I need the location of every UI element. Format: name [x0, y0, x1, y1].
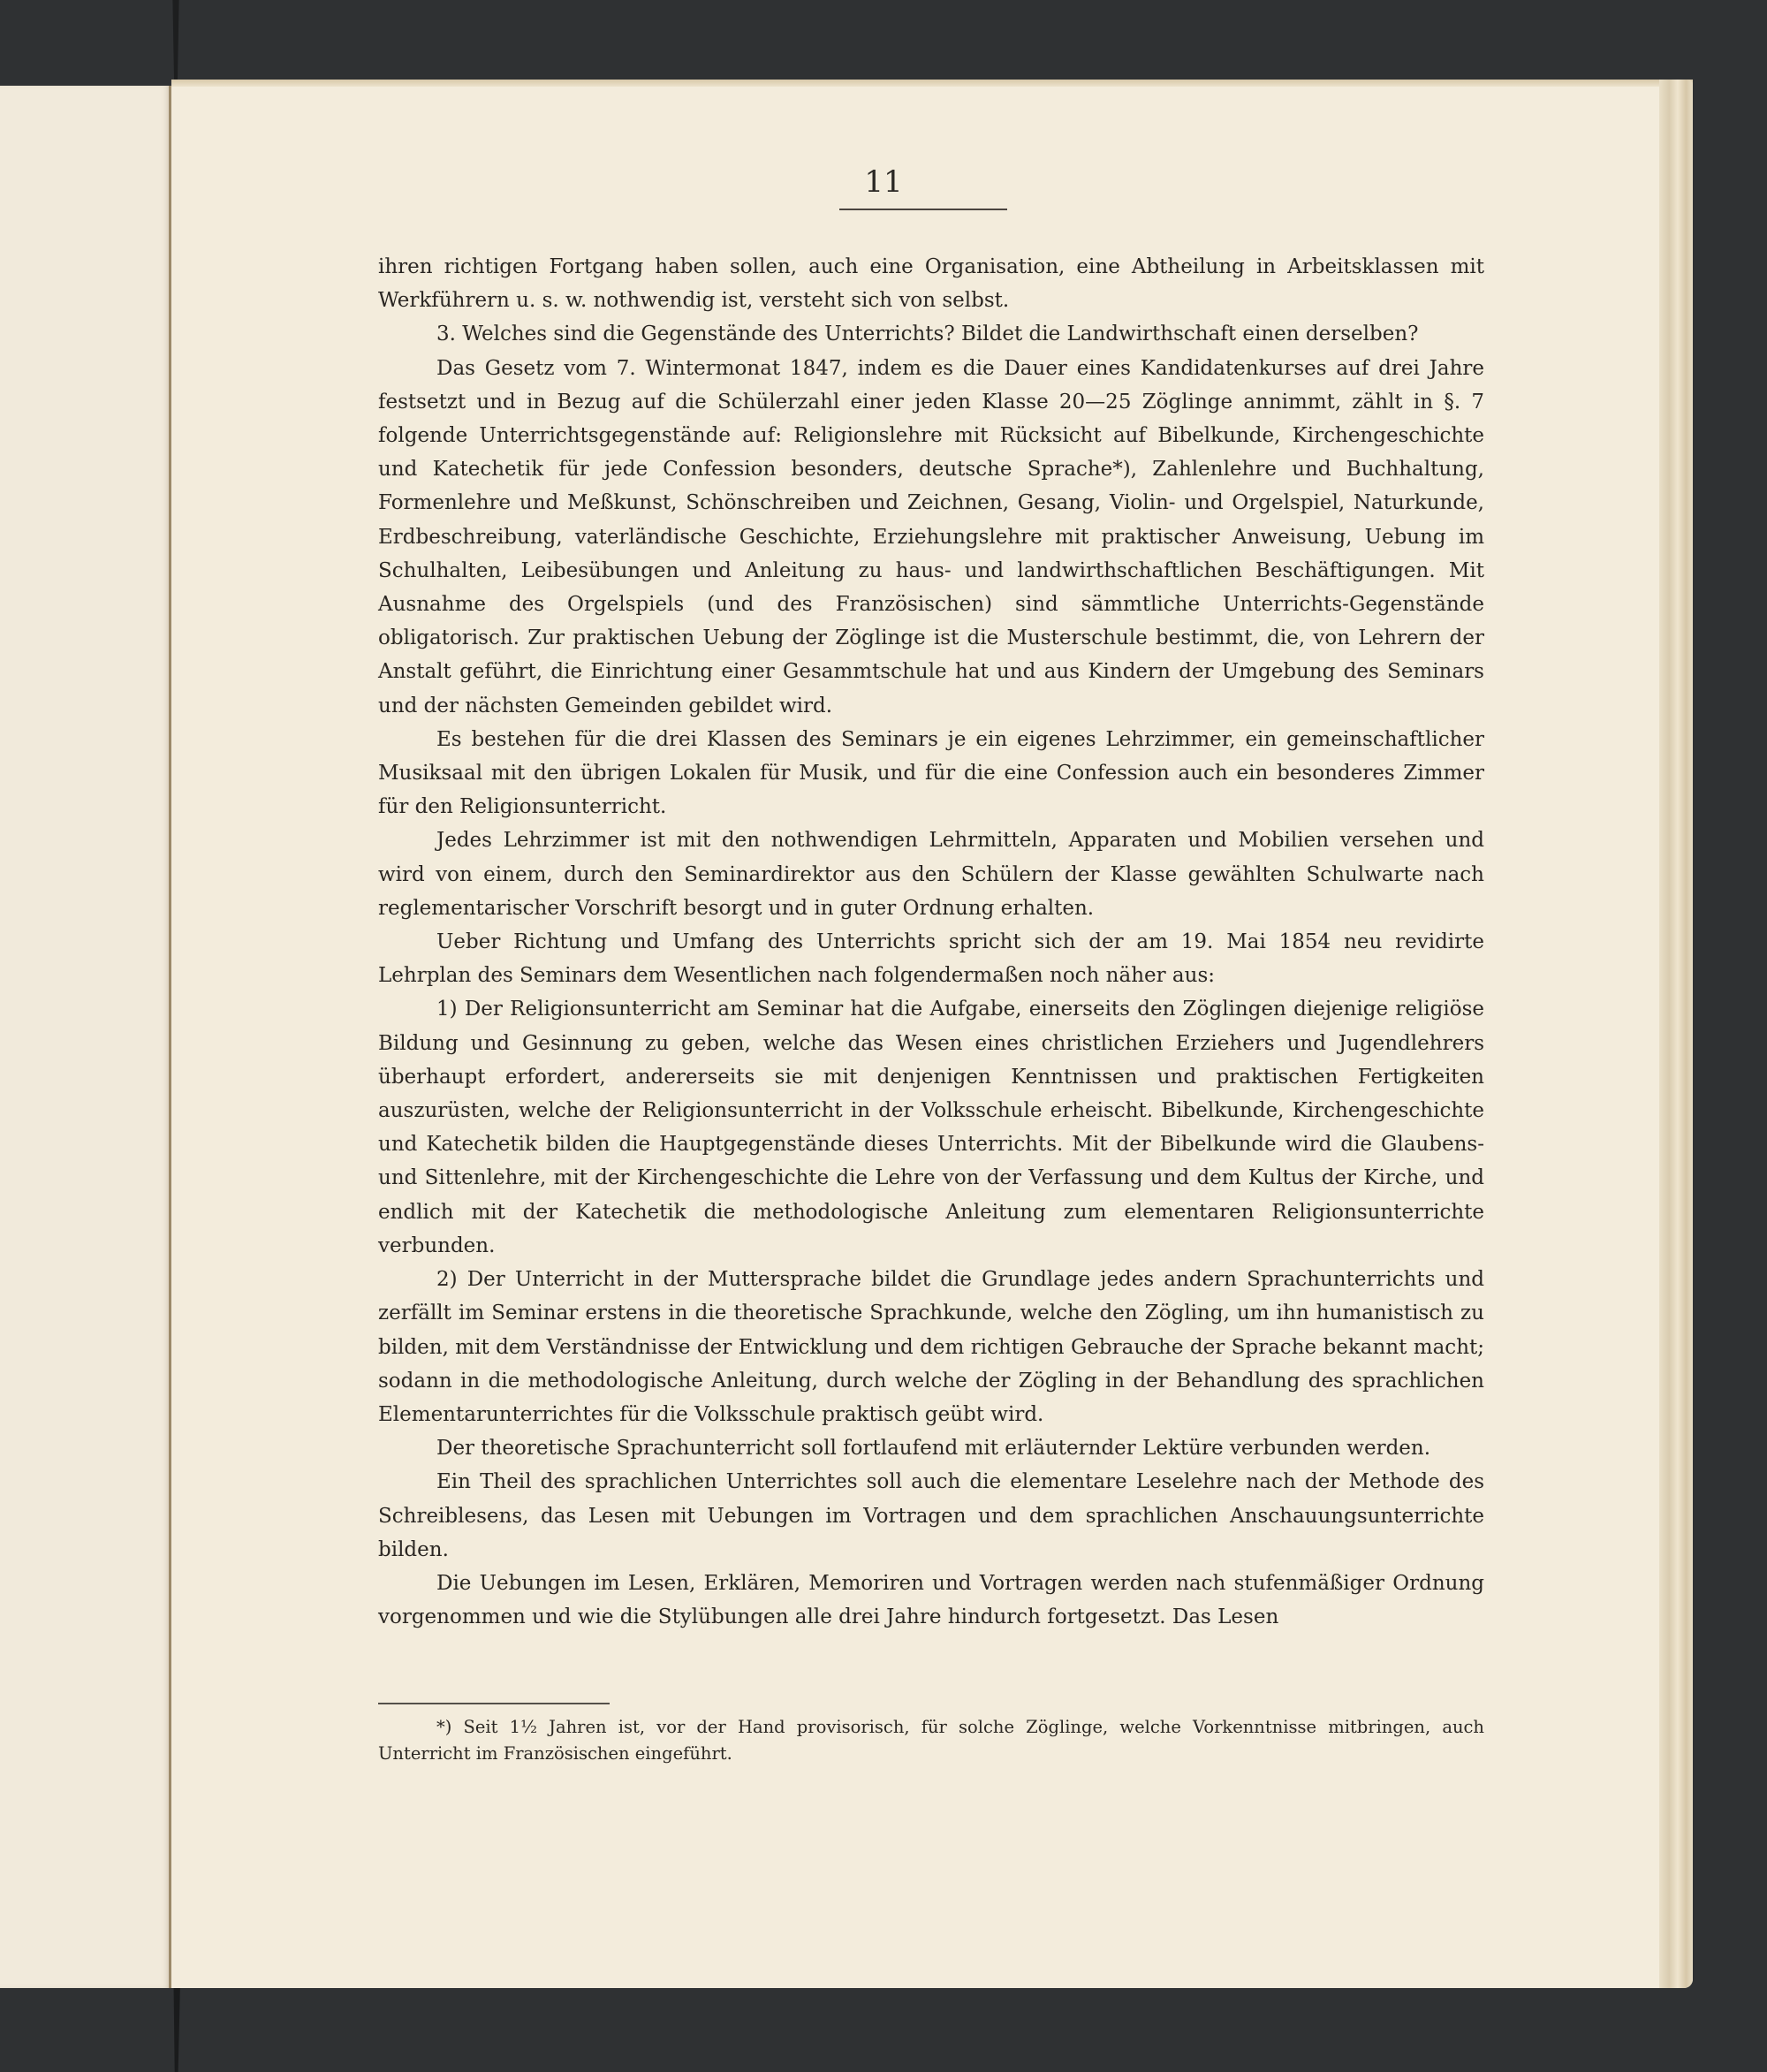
- page-top-edge: [171, 80, 1693, 87]
- paragraph: Der theoretische Sprachunterricht soll f…: [378, 1431, 1484, 1465]
- binding-gutter-bottom: [164, 1975, 187, 2072]
- paragraph: Die Uebungen im Lesen, Erklären, Memorir…: [378, 1567, 1484, 1634]
- footnote: *) Seit 1½ Jahren ist, vor der Hand prov…: [378, 1714, 1484, 1767]
- page-number-rule: [839, 209, 1007, 210]
- paragraph: Es bestehen für die drei Klassen des Sem…: [378, 723, 1484, 824]
- body-text: ihren richtigen Fortgang haben sollen, a…: [378, 250, 1484, 1634]
- left-page: [0, 86, 171, 1988]
- page-stack-edge: [1659, 80, 1693, 1988]
- paragraph: Ein Theil des sprachlichen Unterrichtes …: [378, 1465, 1484, 1567]
- page-number: 11: [0, 164, 1767, 200]
- footnote-rule: [378, 1703, 610, 1704]
- section-heading-3: 3. Welches sind die Gegenstände des Unte…: [378, 317, 1484, 351]
- paragraph: Ueber Richtung und Umfang des Unterricht…: [378, 925, 1484, 992]
- paragraph-item-2: 2) Der Unterricht in der Muttersprache b…: [378, 1263, 1484, 1431]
- paragraph: Das Gesetz vom 7. Wintermonat 1847, inde…: [378, 352, 1484, 723]
- paragraph: Jedes Lehrzimmer ist mit den nothwendige…: [378, 823, 1484, 925]
- paragraph-item-1: 1) Der Religionsunterricht am Seminar ha…: [378, 992, 1484, 1263]
- binding-gutter-top: [168, 0, 184, 88]
- gutter-line: [169, 86, 171, 1988]
- paragraph: ihren richtigen Fortgang haben sollen, a…: [378, 250, 1484, 317]
